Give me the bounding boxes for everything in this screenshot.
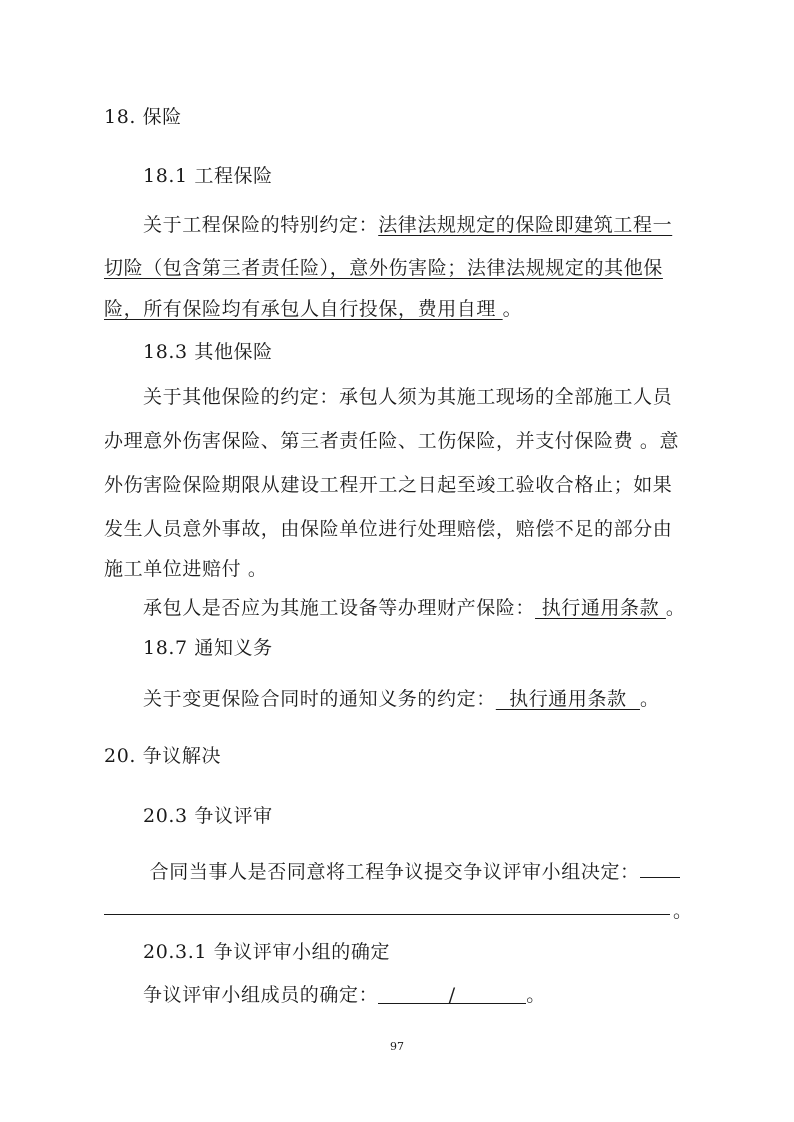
property-insurance-clause: 承包人是否应为其施工设备等办理财产保险： 执行通用条款 。: [143, 596, 686, 620]
filled-value: 险，所有保险均有承包人自行投保，费用自理: [104, 298, 503, 320]
blank-field: /: [378, 983, 526, 1004]
review-panel-members-clause: 争议评审小组成员的确定：/。: [143, 983, 546, 1007]
section-20-heading: 20. 争议解决: [104, 744, 221, 768]
paragraph-line: 外伤害险保险期限从建设工程开工之日起至竣工验收合格止；如果: [104, 473, 672, 497]
period: 。: [673, 899, 693, 923]
period: 。: [640, 688, 660, 710]
notification-duty-clause: 关于变更保险合同时的通知义务的约定： 执行通用条款 。: [143, 687, 660, 711]
paragraph-line: 发生人员意外事故，由保险单位进行处理赔偿，赔偿不足的部分由: [104, 517, 672, 541]
paragraph-line: 施工单位进赔付 。: [104, 557, 267, 581]
clause-label: 关于工程保险的特别约定：: [143, 214, 378, 236]
clause-label: 承包人是否应为其施工设备等办理财产保险：: [143, 597, 535, 619]
filled-value: 法律法规规定的保险即建筑工程一: [378, 214, 672, 236]
period: 。: [503, 298, 523, 320]
filled-value: 执行通用条款: [496, 688, 640, 710]
filled-value: 执行通用条款: [535, 597, 666, 619]
filled-value: 切险（包含第三者责任险），意外伤害险；法律法规规定的其他保: [104, 257, 663, 279]
clause-label: 关于变更保险合同时的通知义务的约定：: [143, 688, 496, 710]
blank-field-continuation: [104, 914, 670, 915]
period: 。: [526, 984, 546, 1006]
blank-field: [640, 857, 680, 878]
dispute-review-clause: 合同当事人是否同意将工程争议提交争议评审小组决定：: [143, 857, 680, 884]
subsection-20-3-1-title: 20.3.1 争议评审小组的确定: [143, 940, 390, 964]
paragraph-line: 办理意外伤害保险、第三者责任险、工伤保险，并支付保险费 。意: [104, 429, 679, 453]
paragraph-line: 关于其他保险的约定：承包人须为其施工现场的全部施工人员: [143, 385, 672, 409]
page-number: 97: [0, 1040, 794, 1053]
subsection-18-3-title: 18.3 其他保险: [143, 340, 273, 364]
clause-label: 合同当事人是否同意将工程争议提交争议评审小组决定：: [143, 861, 640, 883]
period: 。: [666, 597, 686, 619]
clause-label: 争议评审小组成员的确定：: [143, 984, 378, 1006]
subsection-20-3-title: 20.3 争议评审: [143, 804, 273, 828]
subsection-18-7-title: 18.7 通知义务: [143, 636, 273, 660]
subsection-18-1-title: 18.1 工程保险: [143, 164, 273, 188]
section-18-heading: 18. 保险: [104, 105, 182, 129]
